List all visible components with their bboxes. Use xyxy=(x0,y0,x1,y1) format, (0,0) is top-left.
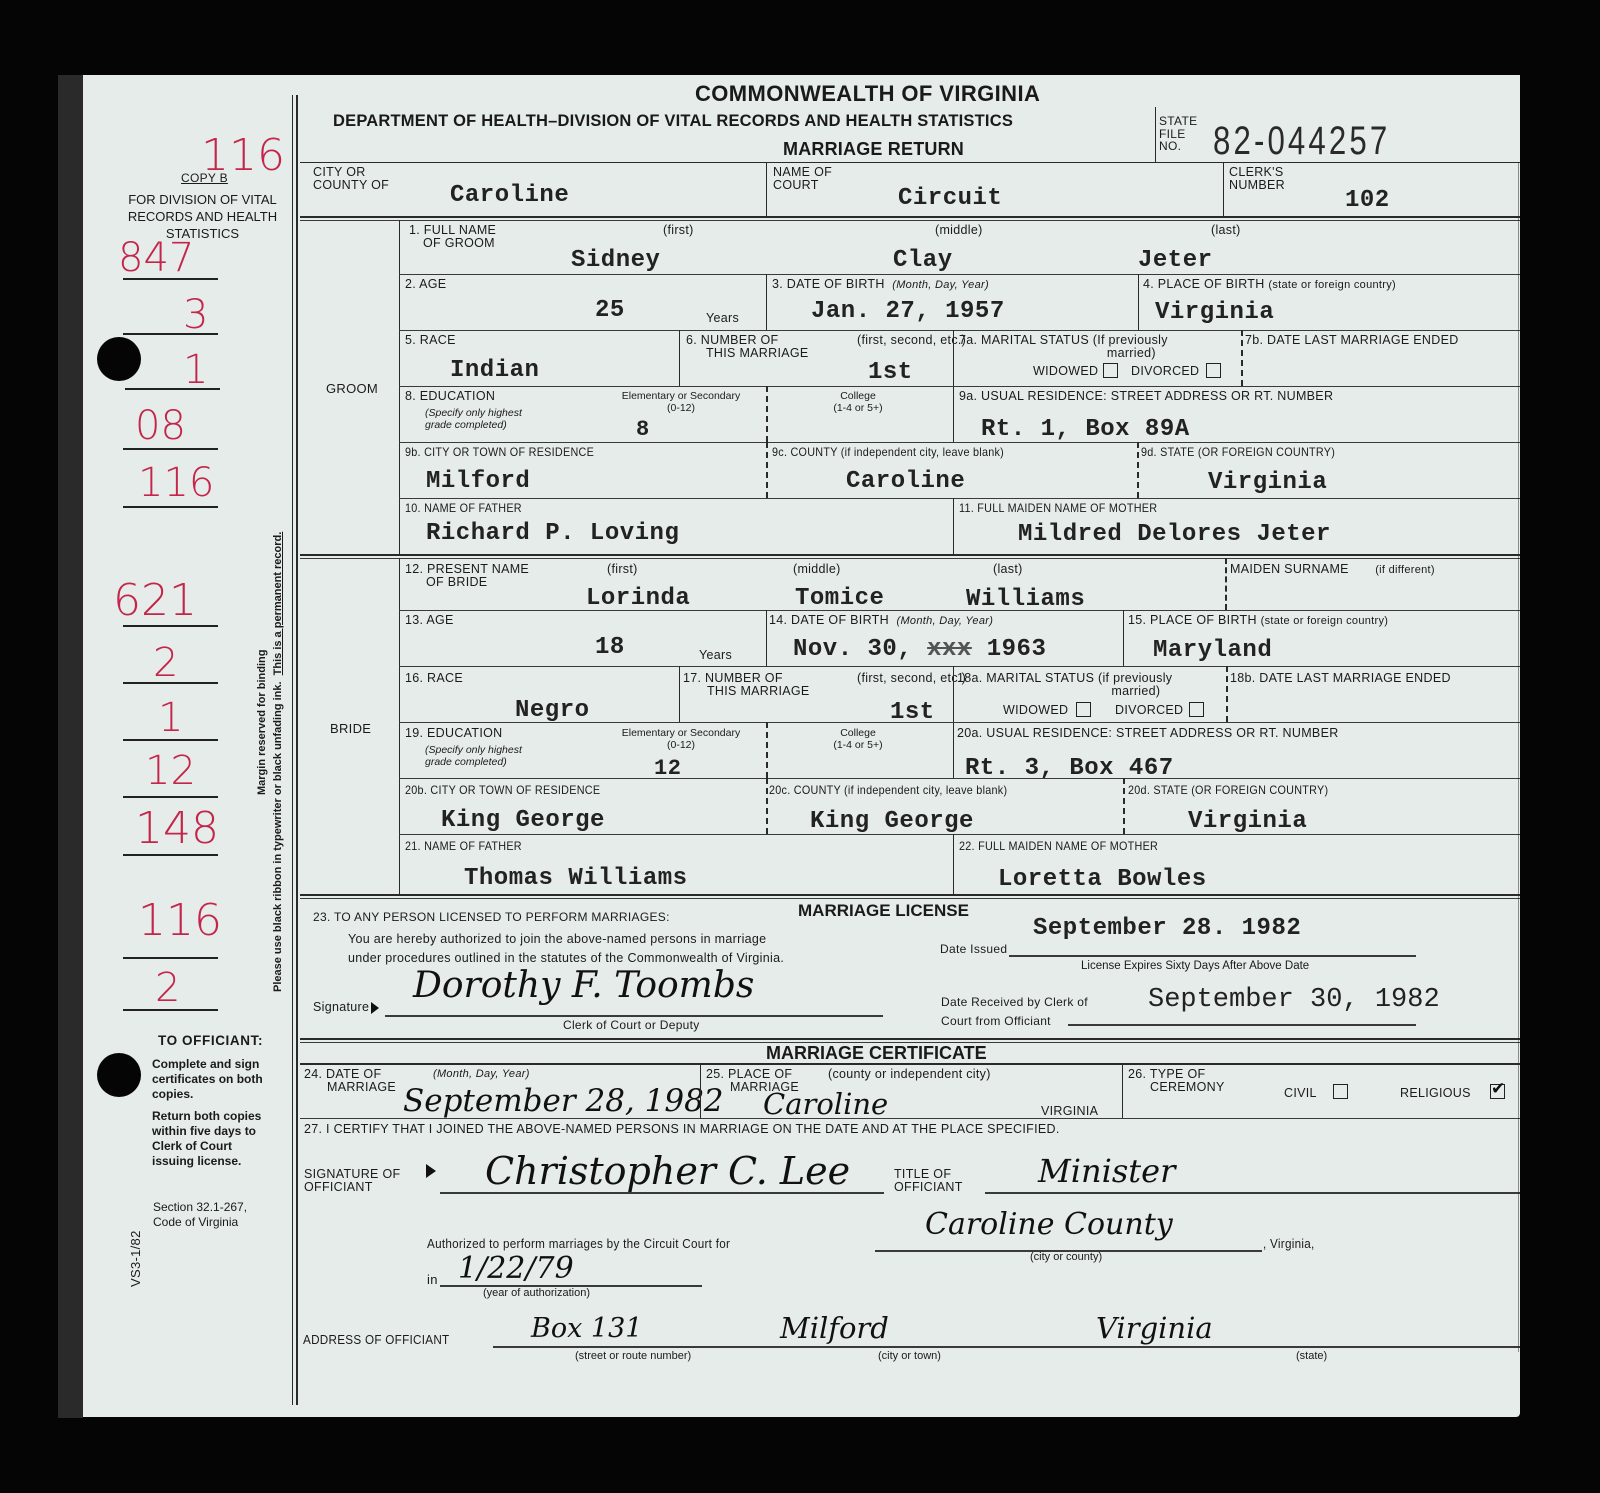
marriage-date[interactable]: September 28, 1982 xyxy=(403,1083,724,1119)
clerk-signature[interactable]: Dorothy F. Toombs xyxy=(413,965,754,1006)
groom-dob[interactable]: Jan. 27, 1957 xyxy=(811,298,1005,325)
red-code: 847 xyxy=(118,235,194,281)
court-label: NAME OF COURT xyxy=(773,166,832,192)
officiant-title[interactable]: Minister xyxy=(1038,1152,1175,1190)
bride-pob[interactable]: Maryland xyxy=(1153,637,1272,664)
clerk-signature-label: Signature xyxy=(313,1001,379,1014)
form-name: MARRIAGE RETURN xyxy=(783,139,964,160)
red-code: 148 xyxy=(135,803,219,854)
marriage-return-form: 116 COPY B FOR DIVISION OF VITAL RECORDS… xyxy=(83,75,1520,1417)
form-code: VS3-1/82 xyxy=(129,1230,142,1287)
bride-divorced-checkbox[interactable] xyxy=(1189,702,1204,717)
groom-mother[interactable]: Mildred Delores Jeter xyxy=(1018,521,1331,548)
bride-education-hint: (Specify only highest grade completed) xyxy=(425,744,522,768)
state-file-number: 82-044257 xyxy=(1213,119,1390,164)
clerk-number-value[interactable]: 102 xyxy=(1345,187,1390,214)
bride-middle-hint: (middle) xyxy=(793,563,841,576)
binding-strip xyxy=(58,75,83,1418)
red-code: 116 xyxy=(138,460,214,506)
state-file-label: STATE FILE NO. xyxy=(1159,115,1197,153)
groom-marriage-no-hint: (first, second, etc.) xyxy=(857,334,966,347)
binding-note: Margin reserved for binding xyxy=(256,650,268,795)
bride-father[interactable]: Thomas Williams xyxy=(464,865,688,892)
officiant-signature-label: SIGNATURE OF OFFICIANT xyxy=(304,1168,400,1194)
groom-first-hint: (first) xyxy=(663,224,694,237)
groom-father-label: 10. NAME OF FATHER xyxy=(405,502,522,515)
officiant-title-label: TITLE OF OFFICIANT xyxy=(894,1168,963,1194)
document-title: COMMONWEALTH OF VIRGINIA xyxy=(695,81,1040,107)
in-label: in xyxy=(427,1273,438,1286)
bride-divorced-label: DIVORCED xyxy=(1115,704,1183,717)
red-code: 621 xyxy=(113,575,197,626)
groom-education-hint: (Specify only highest grade completed) xyxy=(425,407,522,431)
ink-note: Please use black ribbon in typewriter or… xyxy=(272,532,284,992)
officiant-signature[interactable]: Christopher C. Lee xyxy=(485,1149,850,1193)
date-received-label: Date Received by Clerk of Court from Off… xyxy=(941,993,1088,1031)
red-code: 116 xyxy=(138,895,222,946)
groom-state-label: 9d. STATE (OR FOREIGN COUNTRY) xyxy=(1141,446,1335,459)
marriage-date-label: 24. DATE OF MARRIAGE xyxy=(304,1068,396,1094)
groom-residence[interactable]: Rt. 1, Box 89A xyxy=(981,416,1190,443)
city-county-label: CITY OR COUNTY OF xyxy=(313,166,389,192)
bride-marriage-no-label: 17. NUMBER OF THIS MARRIAGE xyxy=(683,672,810,698)
bride-marital-status-label: 18a. MARITAL STATUS (if previously marri… xyxy=(957,672,1172,698)
certify-statement: 27. I CERTIFY THAT I JOINED THE ABOVE-NA… xyxy=(304,1123,1060,1136)
date-received[interactable]: September 30, 1982 xyxy=(1148,985,1440,1015)
marriage-license-title: MARRIAGE LICENSE xyxy=(798,901,969,921)
marriage-date-hint: (Month, Day, Year) xyxy=(433,1068,530,1081)
bride-mother[interactable]: Loretta Bowles xyxy=(998,866,1207,893)
groom-last-name[interactable]: Jeter xyxy=(1138,247,1213,274)
groom-marriage-no[interactable]: 1st xyxy=(868,359,913,386)
bride-state-label: 20d. STATE (OR FOREIGN COUNTRY) xyxy=(1128,784,1328,797)
date-issued[interactable]: September 28. 1982 xyxy=(1033,915,1301,942)
groom-elementary-grade[interactable]: 8 xyxy=(636,417,650,442)
bride-section-label: BRIDE xyxy=(330,722,371,735)
authorized-suffix: , Virginia, xyxy=(1263,1237,1315,1250)
marriage-place-hint: (county or independent city) xyxy=(828,1068,991,1081)
groom-section-label: GROOM xyxy=(326,382,378,395)
marriage-place-state: VIRGINIA xyxy=(1041,1105,1098,1118)
groom-divorced-label: DIVORCED xyxy=(1131,365,1199,378)
bride-state[interactable]: Virginia xyxy=(1188,808,1307,835)
red-code: 1 xyxy=(158,695,183,741)
punch-hole xyxy=(97,337,141,381)
code-section: Section 32.1-267, Code of Virginia xyxy=(153,1200,247,1230)
bride-maiden-label: MAIDEN SURNAME (if different) xyxy=(1230,563,1435,576)
groom-widowed-checkbox[interactable] xyxy=(1103,363,1118,378)
bride-father-label: 21. NAME OF FATHER xyxy=(405,840,522,853)
red-code: 2 xyxy=(155,965,180,1011)
groom-county-label: 9c. COUNTY (if independent city, leave b… xyxy=(772,446,1004,459)
groom-middle-hint: (middle) xyxy=(935,224,983,237)
groom-age-label: 2. AGE xyxy=(405,278,446,291)
court-value[interactable]: Circuit xyxy=(898,185,1002,212)
bride-name-label: 12. PRESENT NAME OF BRIDE xyxy=(405,563,529,589)
bride-widowed-label: WIDOWED xyxy=(1003,704,1068,717)
marriage-certificate-title: MARRIAGE CERTIFICATE xyxy=(766,1043,987,1064)
groom-residence-label: 9a. USUAL RESIDENCE: STREET ADDRESS OR R… xyxy=(959,390,1333,403)
officiant-address-street[interactable]: Box 131 xyxy=(531,1313,642,1344)
signature-arrow-icon xyxy=(426,1164,436,1178)
religious-label: RELIGIOUS xyxy=(1400,1087,1471,1100)
bride-dob-label: 14. DATE OF BIRTH (Month, Day, Year) xyxy=(769,614,993,627)
red-code: 3 xyxy=(183,292,208,338)
groom-father[interactable]: Richard P. Loving xyxy=(426,520,679,547)
department-title: DEPARTMENT OF HEALTH–DIVISION OF VITAL R… xyxy=(333,112,1013,131)
officiant-street-caption: (street or route number) xyxy=(575,1350,691,1362)
groom-years-label: Years xyxy=(706,312,739,325)
bride-last-name[interactable]: Williams xyxy=(966,586,1085,613)
groom-pob[interactable]: Virginia xyxy=(1155,299,1274,326)
bride-college-label: College (1-4 or 5+) xyxy=(803,727,913,751)
authorized-place-caption: (city or county) xyxy=(1030,1251,1102,1263)
authorized-text: Authorized to perform marriages by the C… xyxy=(427,1237,730,1250)
groom-widowed-label: WIDOWED xyxy=(1033,365,1098,378)
punch-hole xyxy=(97,1053,141,1097)
officiant-instructions-return: Return both copies within five days to C… xyxy=(152,1109,261,1169)
copy-label: COPY B xyxy=(181,172,228,185)
bride-county-label: 20c. COUNTY (if independent city, leave … xyxy=(769,784,1007,797)
bride-age[interactable]: 18 xyxy=(595,634,625,661)
clerk-signature-caption: Clerk of Court or Deputy xyxy=(563,1019,700,1032)
officiant-address-state[interactable]: Virginia xyxy=(1096,1311,1213,1345)
bride-elementary-label: Elementary or Secondary (0-12) xyxy=(601,727,761,751)
groom-education-label: 8. EDUCATION xyxy=(405,390,495,403)
marriage-place[interactable]: Caroline xyxy=(763,1087,888,1121)
groom-marital-status-label: 7a. MARITAL STATUS (If previously marrie… xyxy=(959,334,1168,360)
license-expiry-note: License Expires Sixty Days After Above D… xyxy=(1081,960,1309,972)
license-item-label: 23. TO ANY PERSON LICENSED TO PERFORM MA… xyxy=(313,911,670,924)
bride-county[interactable]: King George xyxy=(810,808,974,835)
officiant-address-label: ADDRESS OF OFFICIANT xyxy=(303,1333,449,1346)
bride-years-label: Years xyxy=(699,649,732,662)
bride-first-hint: (first) xyxy=(607,563,638,576)
groom-first-name[interactable]: Sidney xyxy=(571,247,660,274)
groom-last-ended-label: 7b. DATE LAST MARRIAGE ENDED xyxy=(1245,334,1459,347)
groom-age[interactable]: 25 xyxy=(595,297,625,324)
bride-widowed-checkbox[interactable] xyxy=(1076,702,1091,717)
groom-county[interactable]: Caroline xyxy=(846,468,965,495)
bride-residence-label: 20a. USUAL RESIDENCE: STREET ADDRESS OR … xyxy=(957,727,1339,740)
red-code: 08 xyxy=(135,403,186,449)
city-county-value[interactable]: Caroline xyxy=(450,182,569,209)
date-issued-label: Date Issued xyxy=(940,943,1007,956)
religious-checkbox[interactable] xyxy=(1490,1084,1505,1099)
bride-last-hint: (last) xyxy=(993,563,1023,576)
groom-pob-label: 4. PLACE OF BIRTH (state or foreign coun… xyxy=(1143,278,1396,291)
ceremony-type-label: 26. TYPE OF CEREMONY xyxy=(1128,1068,1225,1094)
officiant-address-city[interactable]: Milford xyxy=(780,1311,889,1345)
authorization-year[interactable]: 1/22/79 xyxy=(458,1251,574,1286)
groom-state[interactable]: Virginia xyxy=(1208,469,1327,496)
bride-marriage-no-hint: (first, second, etc.) xyxy=(857,672,966,685)
bride-first-name[interactable]: Lorinda xyxy=(586,585,690,612)
license-body: You are hereby authorized to join the ab… xyxy=(348,930,784,968)
authorization-year-caption: (year of authorization) xyxy=(483,1287,590,1299)
groom-elementary-label: Elementary or Secondary (0-12) xyxy=(601,390,761,414)
bride-age-label: 13. AGE xyxy=(405,614,454,627)
groom-last-hint: (last) xyxy=(1211,224,1241,237)
to-officiant-heading: TO OFFICIANT: xyxy=(158,1033,263,1048)
groom-name-label: 1. FULL NAME OF GROOM xyxy=(409,224,496,250)
bride-pob-label: 15. PLACE OF BIRTH (state or foreign cou… xyxy=(1128,614,1388,627)
bride-middle-name[interactable]: Tomice xyxy=(795,585,884,612)
groom-marriage-no-label: 6. NUMBER OF THIS MARRIAGE xyxy=(686,334,809,360)
groom-dob-label: 3. DATE OF BIRTH (Month, Day, Year) xyxy=(772,278,989,291)
bride-dob[interactable]: Nov. 30, xxx 1963 xyxy=(793,636,1046,663)
red-code: 1 xyxy=(183,347,208,393)
groom-city-label: 9b. CITY OR TOWN OF RESIDENCE xyxy=(405,446,594,459)
authorized-place[interactable]: Caroline County xyxy=(925,1207,1173,1242)
groom-race[interactable]: Indian xyxy=(450,357,539,384)
civil-label: CIVIL xyxy=(1284,1087,1317,1100)
bride-mother-label: 22. FULL MAIDEN NAME OF MOTHER xyxy=(959,840,1158,853)
officiant-instructions-complete: Complete and sign certificates on both c… xyxy=(152,1057,263,1102)
bride-last-ended-label: 18b. DATE LAST MARRIAGE ENDED xyxy=(1230,672,1451,685)
officiant-city-caption: (city or town) xyxy=(878,1350,941,1362)
groom-college-label: College (1-4 or 5+) xyxy=(803,390,913,414)
groom-race-label: 5. RACE xyxy=(405,334,456,347)
groom-city[interactable]: Milford xyxy=(426,468,530,495)
bride-education-label: 19. EDUCATION xyxy=(405,727,502,740)
groom-mother-label: 11. FULL MAIDEN NAME OF MOTHER xyxy=(959,502,1157,515)
officiant-state-caption: (state) xyxy=(1296,1350,1327,1362)
clerk-number-label: CLERK'S NUMBER xyxy=(1229,166,1285,192)
civil-checkbox[interactable] xyxy=(1333,1084,1348,1099)
bride-race-label: 16. RACE xyxy=(405,672,463,685)
red-code: 2 xyxy=(153,640,178,686)
groom-divorced-checkbox[interactable] xyxy=(1206,363,1221,378)
red-code: 12 xyxy=(145,748,196,794)
groom-middle-name[interactable]: Clay xyxy=(893,247,953,274)
bride-city-label: 20b. CITY OR TOWN OF RESIDENCE xyxy=(405,784,600,797)
bride-race[interactable]: Negro xyxy=(515,697,590,724)
bride-city[interactable]: King George xyxy=(441,807,605,834)
